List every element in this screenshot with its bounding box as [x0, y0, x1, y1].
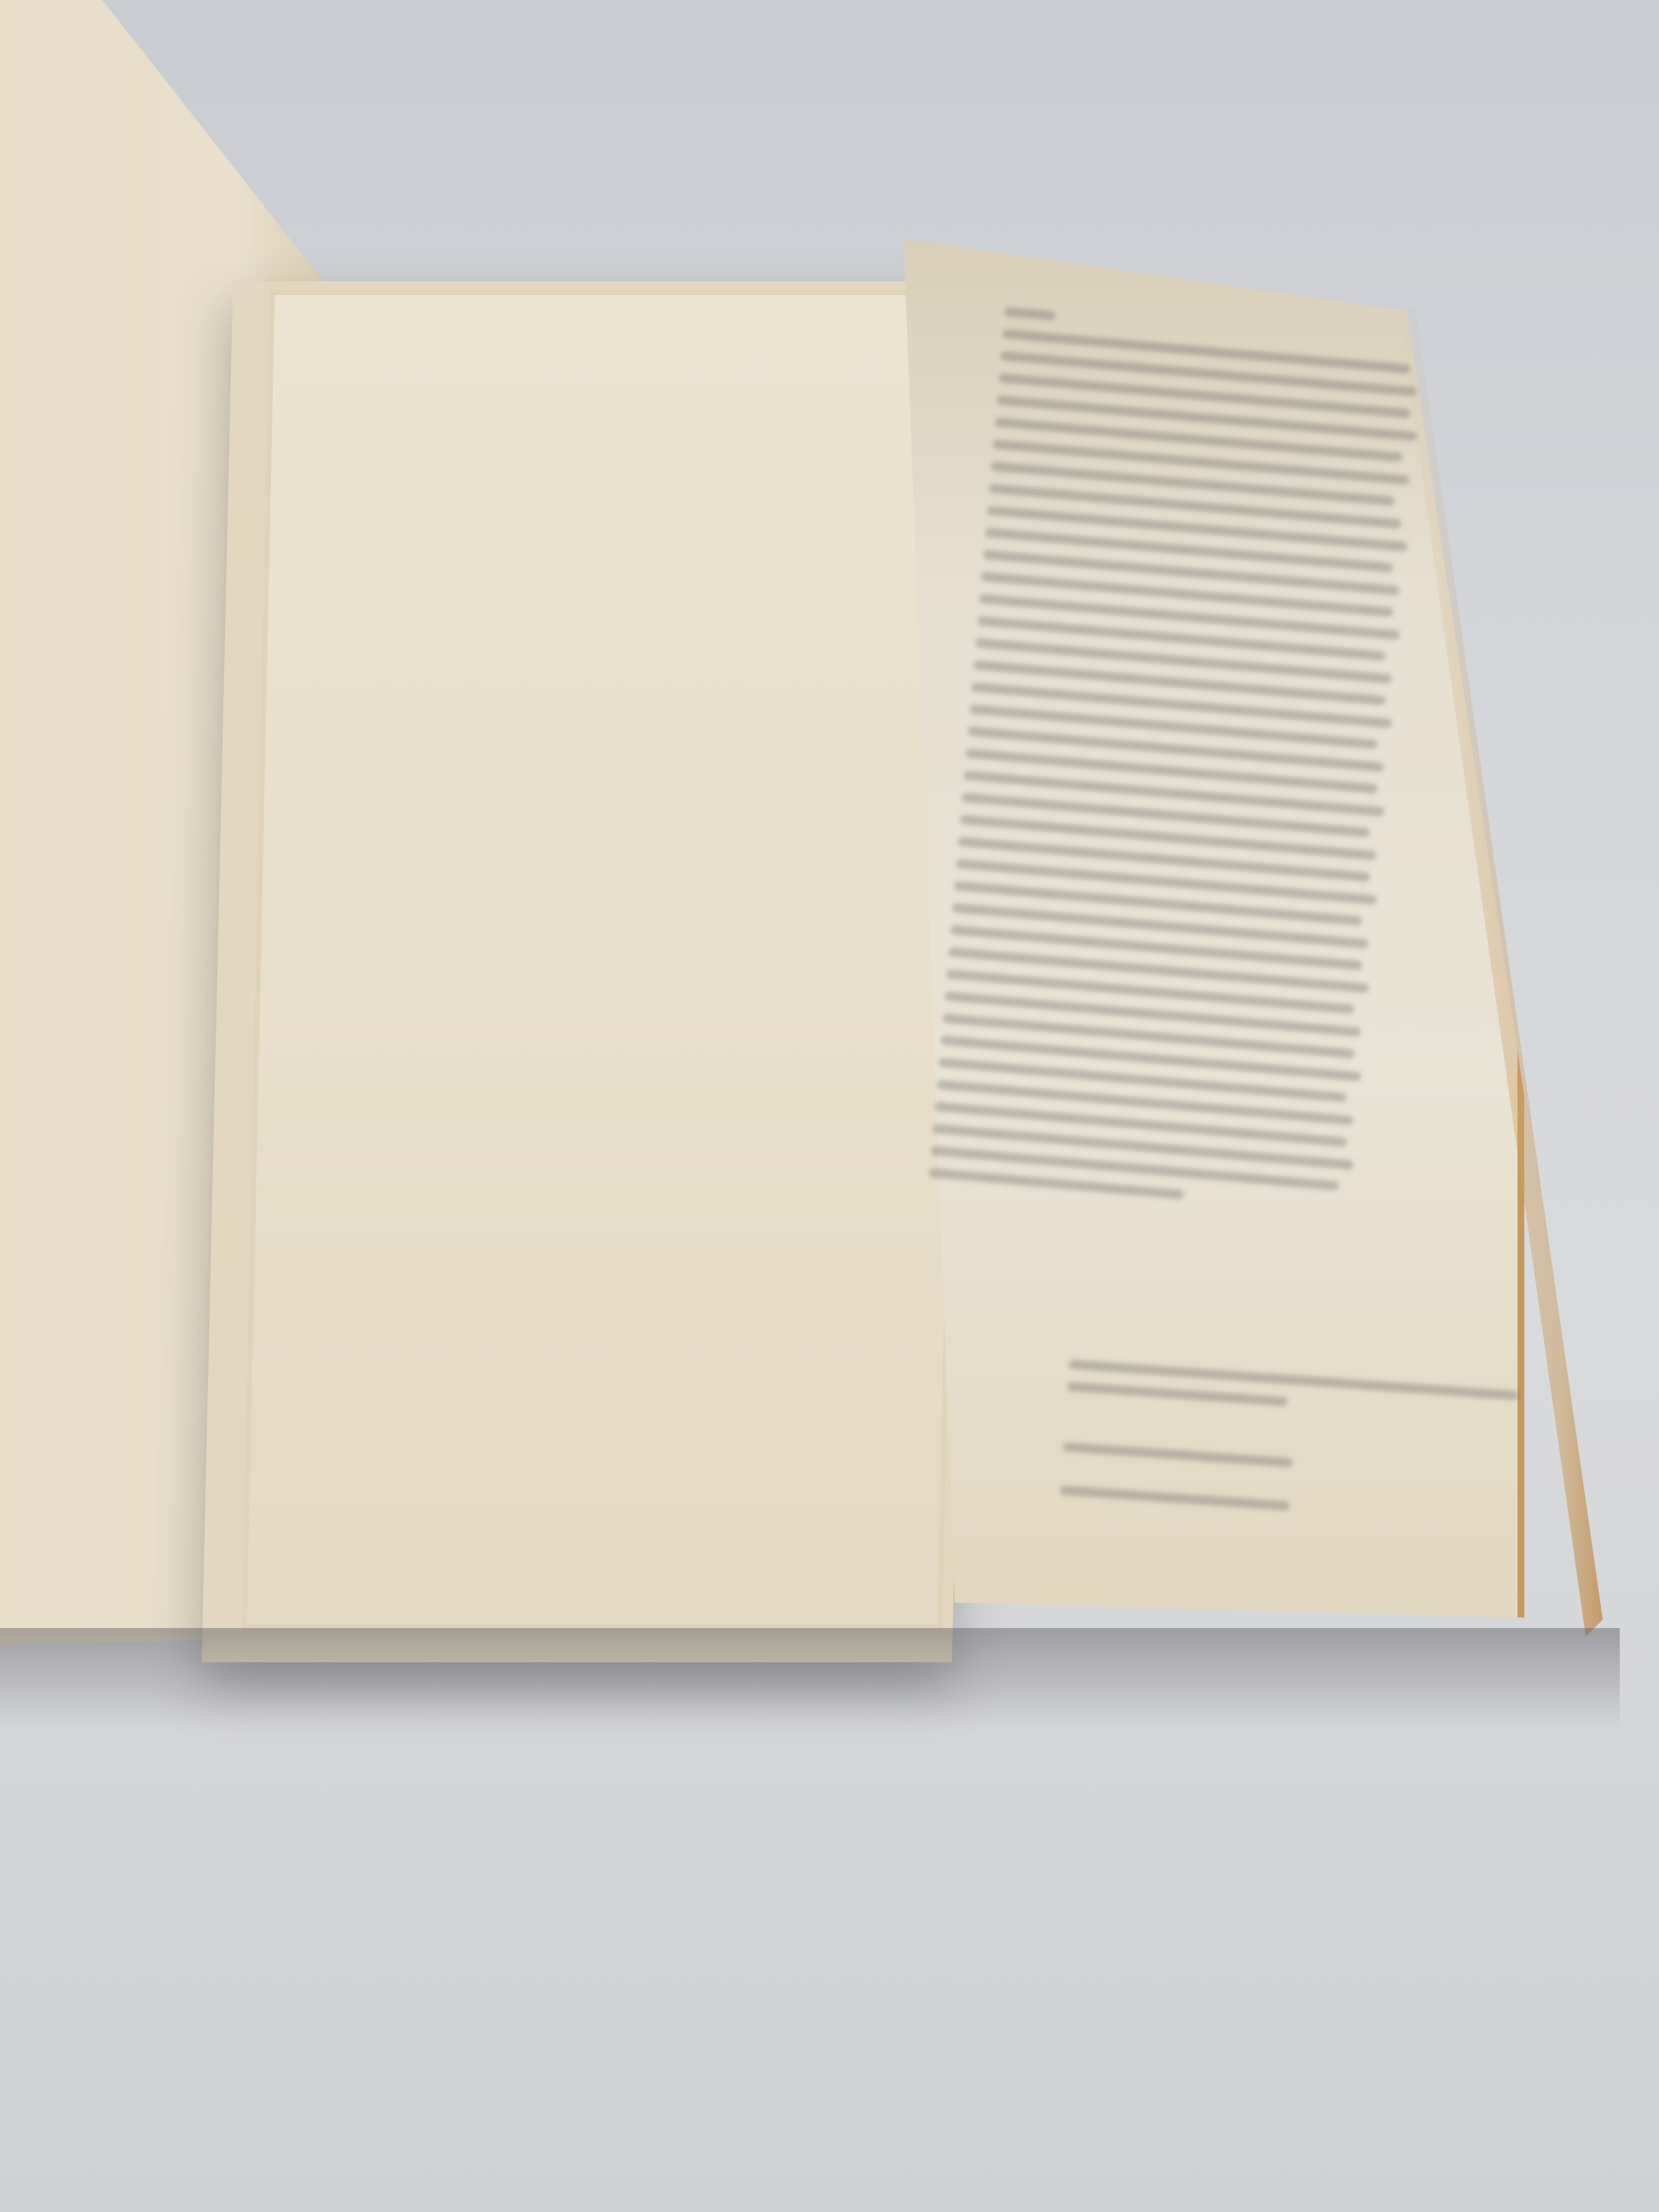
- book-shadow: [0, 1628, 1620, 1730]
- book-photo: Open hardcover book with dust jacket fla…: [0, 0, 1659, 2212]
- flap-footer-text: [1059, 1347, 1529, 1539]
- scene-description: Open hardcover book with dust jacket fla…: [1006, 294, 1007, 295]
- flap-text-paragraph: Open hardcover book with dust jacket fla…: [928, 294, 1431, 1227]
- endpaper: [242, 290, 971, 1630]
